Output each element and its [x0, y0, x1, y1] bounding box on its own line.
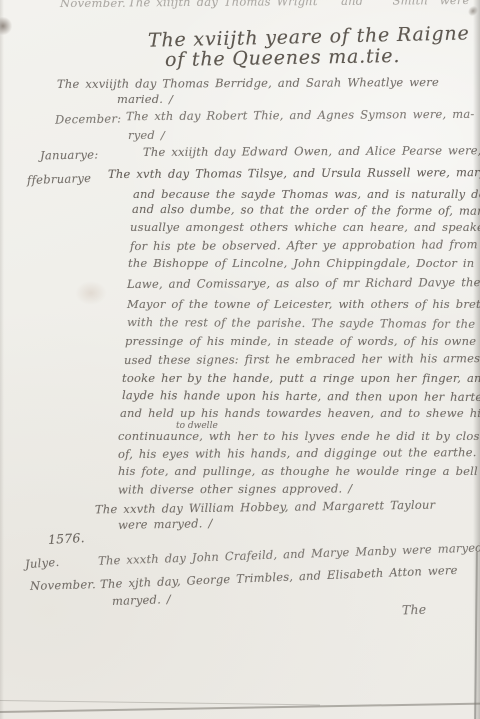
- month-label-november: November.: [30, 577, 96, 593]
- entry-hobbey-line1: The xxvth day William Hobbey, and Margar…: [95, 500, 435, 516]
- entry-tilsye-line10: pressinge of his minde, in steade of wor…: [125, 336, 480, 348]
- entry-tilsye-line7: Lawe, and Comissarye, as also of mr Rich…: [127, 277, 480, 290]
- regnal-year-heading-line2: of the Queenes ma.tie.: [165, 45, 401, 71]
- fold-crease-main: [0, 703, 480, 713]
- entry-tilsye-line11: used these signes: first he embraced her…: [124, 353, 480, 367]
- entry-tilsye-line18: with diverse other signes approved. /: [118, 483, 352, 496]
- entry-tilsye-line3: and also dumbe, so that the order of the…: [132, 204, 480, 218]
- entry-tilsye-line5: for his pte be observed. After ye approb…: [130, 239, 480, 253]
- entry-tilsye-line8: Mayor of the towne of Leicester, with ot…: [127, 299, 480, 311]
- entry-tilsye-line13: layde his hande upon his harte, and then…: [122, 390, 480, 403]
- entry-tilsye-line1: The xvth day Thomas Tilsye, and Ursula R…: [108, 167, 480, 181]
- month-label-top-november: November.: [60, 0, 126, 10]
- entry-trimbles-line2: maryed. /: [112, 594, 171, 608]
- page-left-edge-shadow: [0, 0, 4, 719]
- entry-tilsye-line4: usuallye amongest others whiche can hear…: [130, 222, 480, 234]
- entry-tilsye-line15: continuaunce, wth her to his lyves ende …: [118, 431, 480, 443]
- entry-tilsye-line16: of, his eyes with his hands, and digging…: [118, 447, 480, 461]
- month-label-february: ffebruarye: [27, 171, 92, 187]
- month-label-july: Julye.: [25, 555, 60, 571]
- month-label-january: Januarye:: [40, 147, 99, 162]
- entry-tilsye-line12: tooke her by the hande, putt a ringe upo…: [122, 373, 480, 385]
- entry-owen-line1: The xxiijth day Edward Owen, and Alice P…: [143, 145, 480, 159]
- fold-crease-upper: [0, 700, 320, 705]
- month-label-december: December:: [55, 111, 122, 126]
- entry-tilsye-line14: and held up his hands towardes heaven, a…: [120, 408, 480, 420]
- entry-tilsye-line6: the Bishoppe of Lincolne, John Chippingd…: [128, 258, 474, 270]
- manuscript-page: November. The xiiijth day Thomas Wright …: [0, 0, 480, 719]
- entry-tilsye-line17: his fote, and pullinge, as thoughe he wo…: [118, 466, 478, 478]
- entry-hobbey-line2: were maryed. /: [118, 518, 213, 531]
- ink-smudge-top-left: [0, 17, 15, 35]
- entry-berridge-line1: The xxviijth day Thomas Berridge, and Sa…: [57, 77, 439, 90]
- year-label-1576: 1576.: [48, 532, 85, 546]
- entry-tilsye-line2: and because the sayde Thomas was, and is…: [133, 189, 480, 201]
- entry-berridge-line2: maried. /: [117, 94, 173, 106]
- entry-thie-line2: ryed /: [128, 130, 165, 142]
- entry-trimbles-line1: The xjth day, George Trimbles, and Elisa…: [100, 565, 458, 591]
- catchword: The: [402, 604, 427, 617]
- register-line-top-cropped: The xiiijth day Thomas Wright and Smith …: [128, 0, 480, 9]
- entry-tilsye-line9: with the rest of the parishe. The sayde …: [127, 317, 480, 330]
- paper-stain-left: [74, 280, 108, 306]
- page-right-edge-line: [474, 552, 478, 719]
- entry-thie-line1: The xth day Robert Thie, and Agnes Symso…: [126, 109, 475, 123]
